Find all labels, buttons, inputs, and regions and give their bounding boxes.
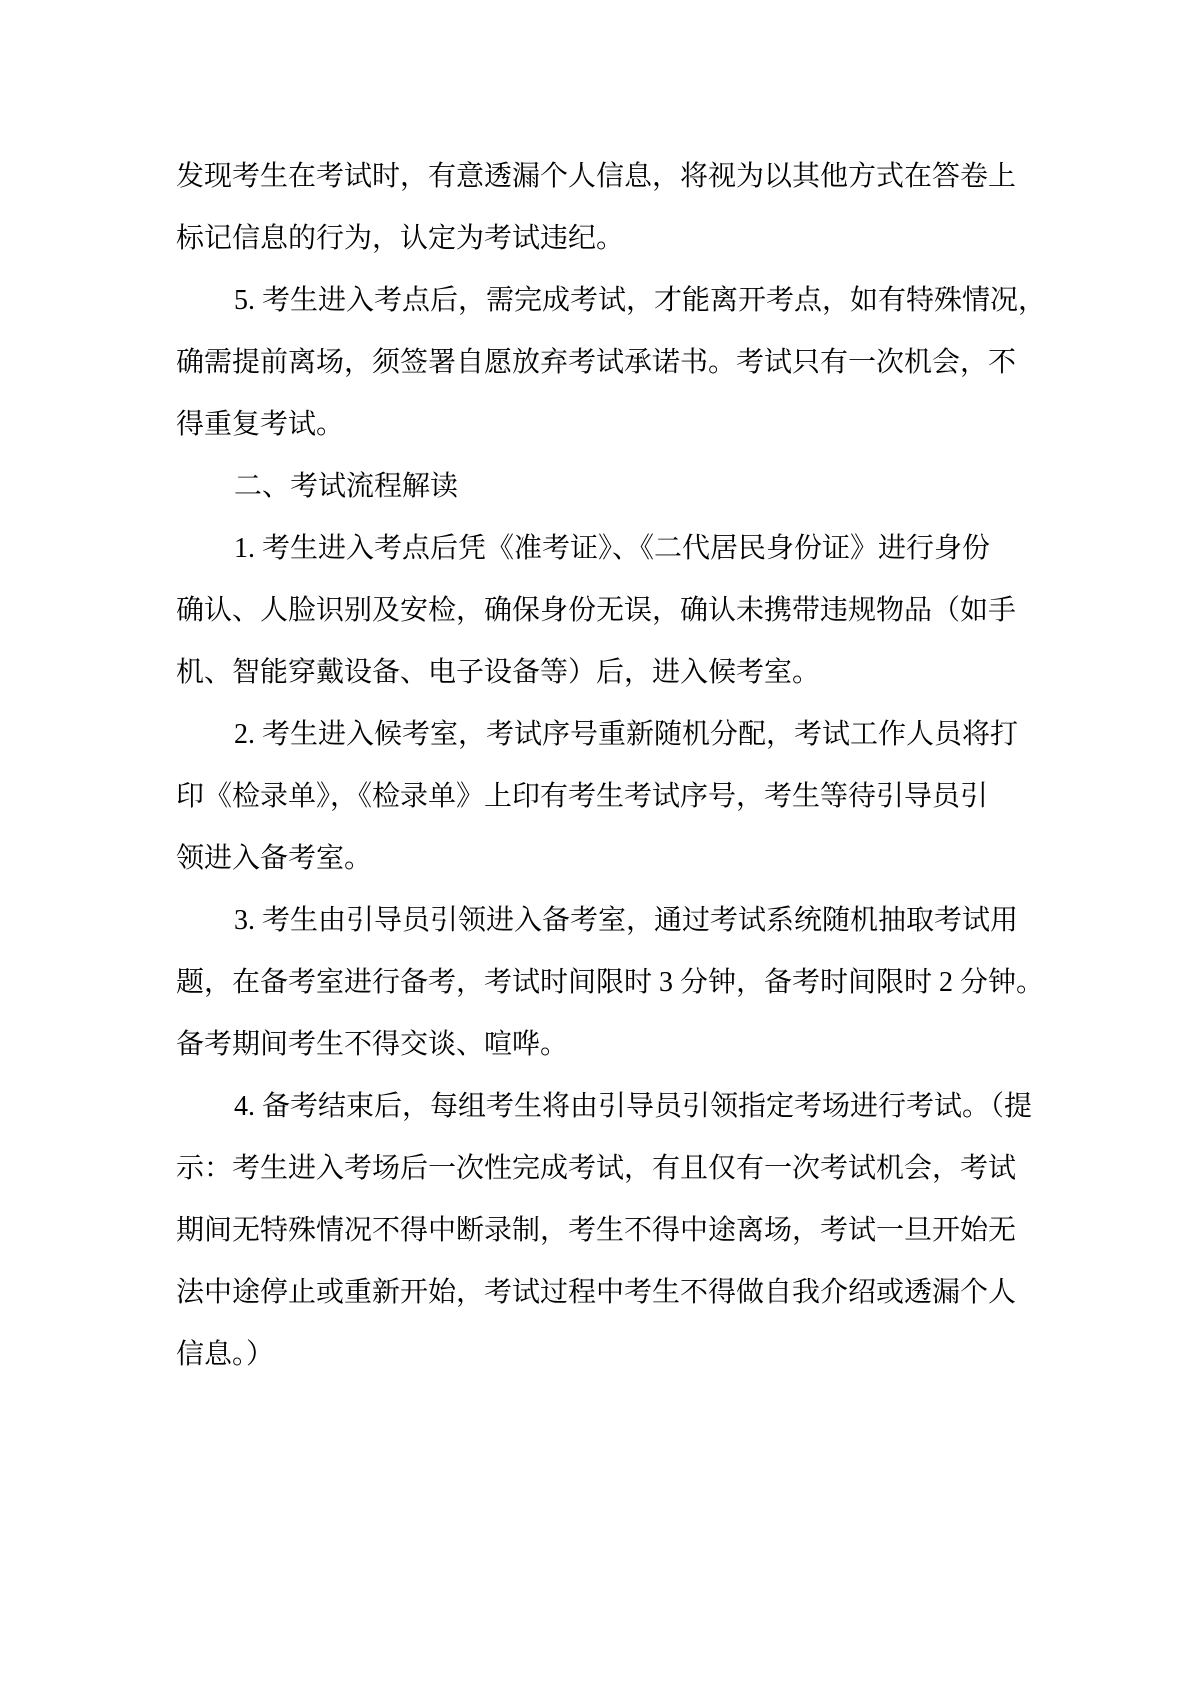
- paragraph-item-2: 2. 考生进入候考室，考试序号重新随机分配，考试工作人员将打 印《检录单》，《检…: [176, 704, 1016, 890]
- document-text-block: 发现考生在考试时，有意透漏个人信息，将视为以其他方式在答卷上 标记信息的行为，认…: [176, 146, 1016, 1386]
- text-line: 信息。）: [176, 1324, 1016, 1386]
- text-line: 2. 考生进入候考室，考试序号重新随机分配，考试工作人员将打: [176, 704, 1016, 766]
- text-line: 得重复考试。: [176, 394, 1016, 456]
- text-line: 5. 考生进入考点后，需完成考试，才能离开考点，如有特殊情况，: [176, 270, 1016, 332]
- text-line: 题，在备考室进行备考，考试时间限时 3 分钟，备考时间限时 2 分钟。: [176, 952, 1016, 1014]
- text-line: 标记信息的行为，认定为考试违纪。: [176, 208, 1016, 270]
- text-line: 1. 考生进入考点后凭《准考证》、《二代居民身份证》进行身份: [176, 518, 1016, 580]
- paragraph-item-1: 1. 考生进入考点后凭《准考证》、《二代居民身份证》进行身份 确认、人脸识别及安…: [176, 518, 1016, 704]
- text-line: 3. 考生由引导员引领进入备考室，通过考试系统随机抽取考试用: [176, 890, 1016, 952]
- text-line: 备考期间考生不得交谈、喧哗。: [176, 1014, 1016, 1076]
- text-line: 4. 备考结束后，每组考生将由引导员引领指定考场进行考试。（提: [176, 1076, 1016, 1138]
- text-line: 确认、人脸识别及安检，确保身份无误，确认未携带违规物品（如手: [176, 580, 1016, 642]
- text-line: 发现考生在考试时，有意透漏个人信息，将视为以其他方式在答卷上: [176, 146, 1016, 208]
- text-line: 机、智能穿戴设备、电子设备等）后，进入候考室。: [176, 642, 1016, 704]
- section-heading-2: 二、考试流程解读: [176, 456, 1016, 518]
- text-line: 印《检录单》，《检录单》上印有考生考试序号，考生等待引导员引: [176, 766, 1016, 828]
- document-page: 发现考生在考试时，有意透漏个人信息，将视为以其他方式在答卷上 标记信息的行为，认…: [0, 0, 1191, 1684]
- text-line: 示：考生进入考场后一次性完成考试，有且仅有一次考试机会，考试: [176, 1138, 1016, 1200]
- paragraph-continuation: 发现考生在考试时，有意透漏个人信息，将视为以其他方式在答卷上 标记信息的行为，认…: [176, 146, 1016, 270]
- text-line: 确需提前离场，须签署自愿放弃考试承诺书。考试只有一次机会，不: [176, 332, 1016, 394]
- text-line: 法中途停止或重新开始，考试过程中考生不得做自我介绍或透漏个人: [176, 1262, 1016, 1324]
- paragraph-item-5: 5. 考生进入考点后，需完成考试，才能离开考点，如有特殊情况， 确需提前离场，须…: [176, 270, 1016, 456]
- text-line: 领进入备考室。: [176, 828, 1016, 890]
- paragraph-item-3: 3. 考生由引导员引领进入备考室，通过考试系统随机抽取考试用 题，在备考室进行备…: [176, 890, 1016, 1076]
- paragraph-item-4: 4. 备考结束后，每组考生将由引导员引领指定考场进行考试。（提 示：考生进入考场…: [176, 1076, 1016, 1386]
- section-heading: 二、考试流程解读: [176, 456, 1016, 518]
- text-line: 期间无特殊情况不得中断录制，考生不得中途离场，考试一旦开始无: [176, 1200, 1016, 1262]
